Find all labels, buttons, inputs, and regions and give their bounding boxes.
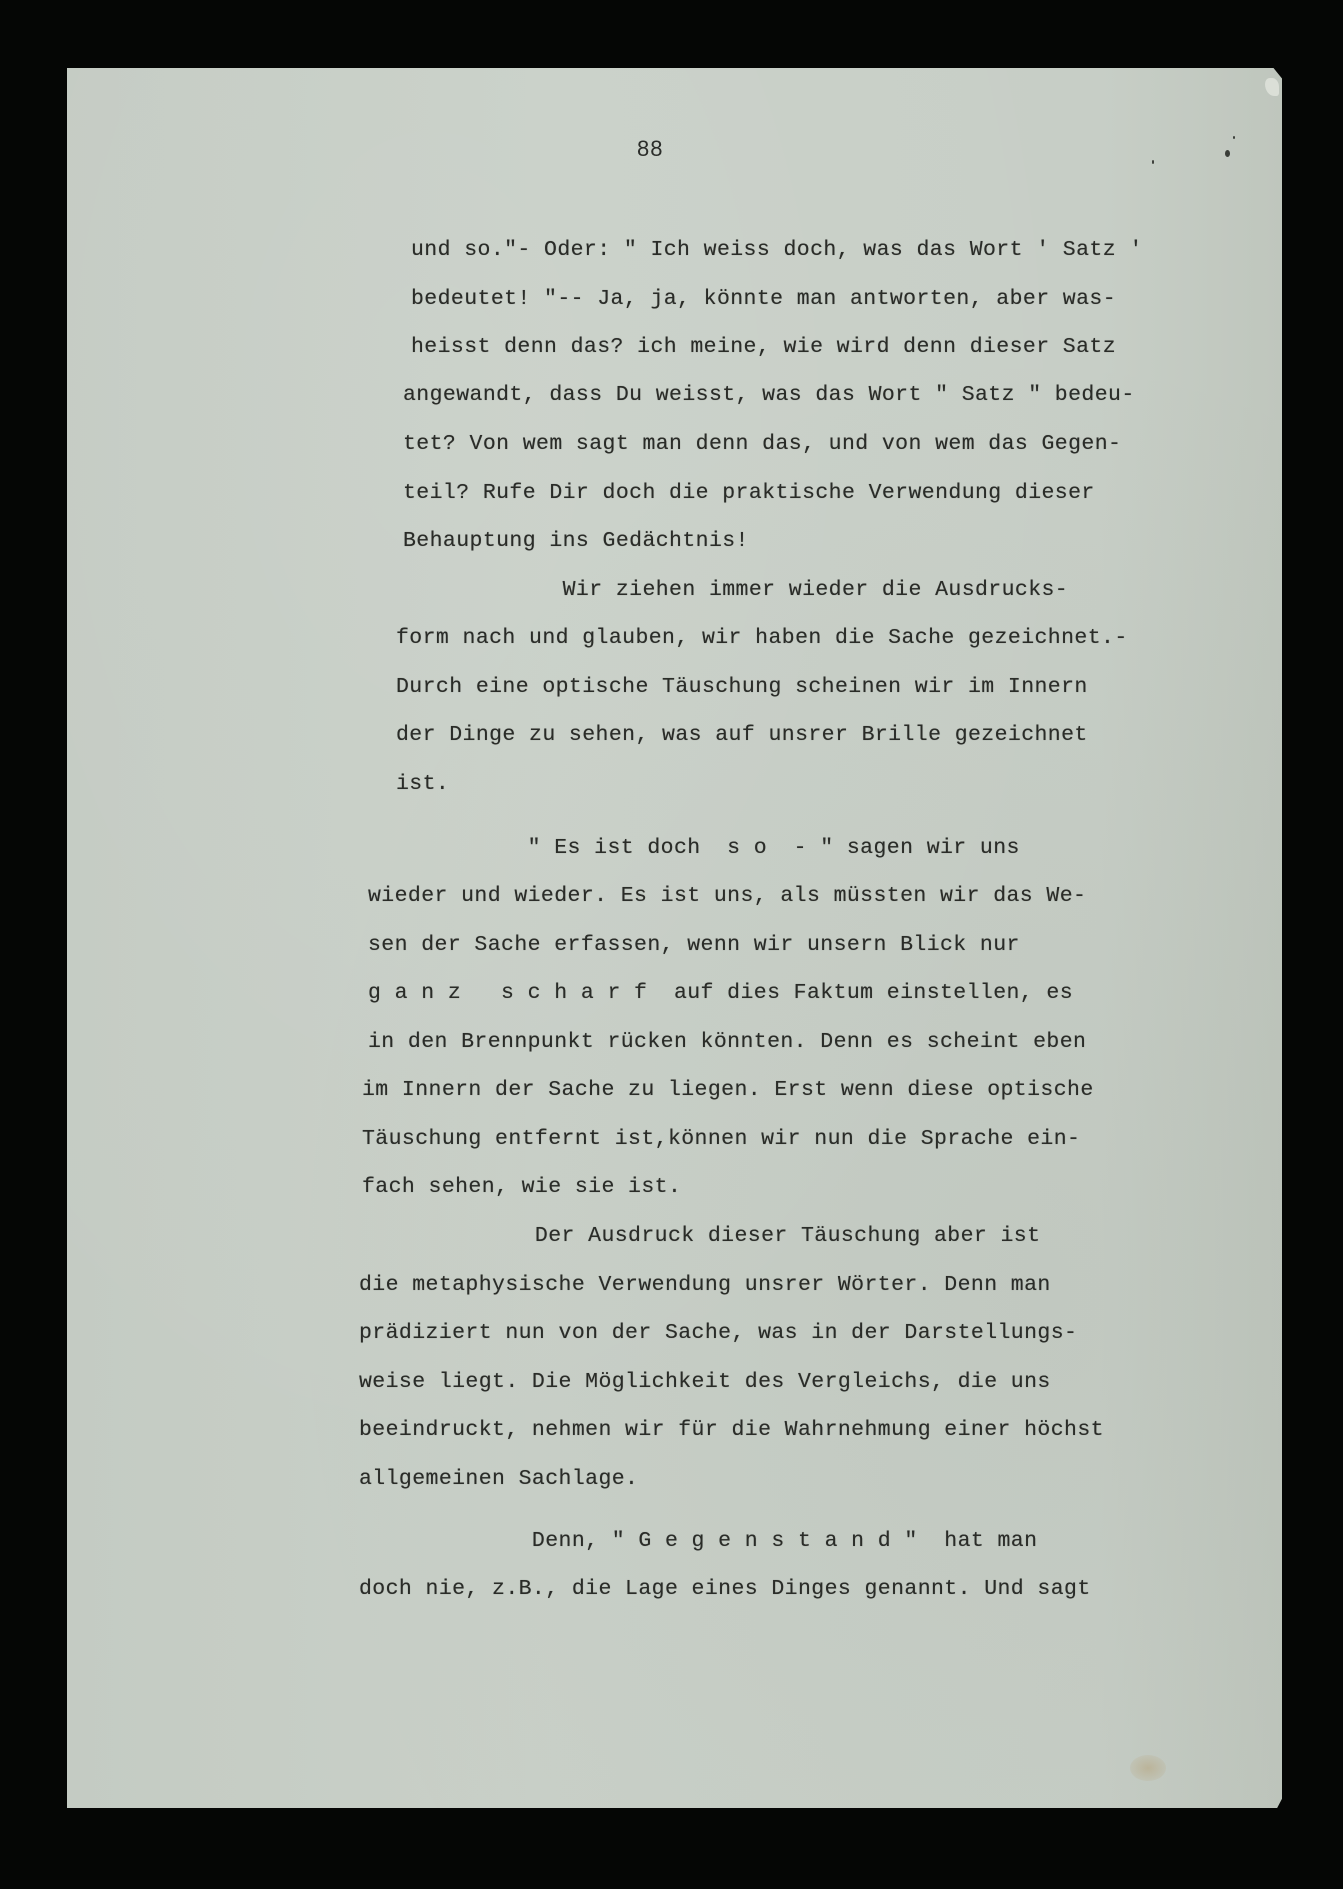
text-line: Der Ausdruck dieser Täuschung aber ist [362, 1224, 1040, 1248]
page-number: 88 [637, 136, 663, 162]
text-line: weise liegt. Die Möglichkeit des Verglei… [359, 1370, 1051, 1394]
text-line: fach sehen, wie sie ist. [362, 1175, 681, 1199]
text-line: prädiziert nun von der Sache, was in der… [359, 1321, 1077, 1345]
text-line: heisst denn das? ich meine, wie wird den… [411, 335, 1116, 359]
text-line: doch nie, z.B., die Lage eines Dinges ge… [359, 1577, 1091, 1601]
text-line: g a n z s c h a r f auf dies Faktum eins… [368, 981, 1073, 1005]
text-line: wieder und wieder. Es ist uns, als müsst… [368, 884, 1086, 908]
text-line: die metaphysische Verwendung unsrer Wört… [359, 1273, 1051, 1297]
text-line: bedeutet! "-- Ja, ja, könnte man antwort… [411, 287, 1116, 311]
ink-speck [1152, 160, 1154, 164]
text-line: der Dinge zu sehen, was auf unsrer Brill… [396, 723, 1088, 747]
text-line: und so."- Oder: " Ich weiss doch, was da… [411, 238, 1143, 262]
text-line: ist. [396, 772, 449, 796]
text-line: Denn, " G e g e n s t a n d " hat man [359, 1529, 1037, 1553]
text-line: teil? Rufe Dir doch die praktische Verwe… [403, 481, 1095, 505]
text-line: in den Brennpunkt rücken könnten. Denn e… [368, 1030, 1086, 1054]
text-line: sen der Sache erfassen, wenn wir unsern … [368, 933, 1020, 957]
paper-stain [1130, 1755, 1166, 1781]
text-line: allgemeinen Sachlage. [359, 1467, 638, 1491]
text-line: Wir ziehen immer wieder die Ausdrucks- [403, 578, 1068, 602]
ink-speck [1225, 150, 1230, 157]
text-line: tet? Von wem sagt man denn das, und von … [403, 432, 1121, 456]
text-line: angewandt, dass Du weisst, was das Wort … [403, 383, 1135, 407]
text-line: " Es ist doch s o - " sagen wir uns [368, 836, 1020, 860]
text-line: Durch eine optische Täuschung scheinen w… [396, 675, 1088, 699]
text-line: beeindruckt, nehmen wir für die Wahrnehm… [359, 1418, 1104, 1442]
text-line: Behauptung ins Gedächtnis! [403, 529, 749, 553]
ink-speck [1233, 136, 1235, 139]
text-line: Täuschung entfernt ist,können wir nun di… [362, 1127, 1080, 1151]
text-line: form nach und glauben, wir haben die Sac… [396, 626, 1128, 650]
text-line: im Innern der Sache zu liegen. Erst wenn… [362, 1078, 1094, 1102]
